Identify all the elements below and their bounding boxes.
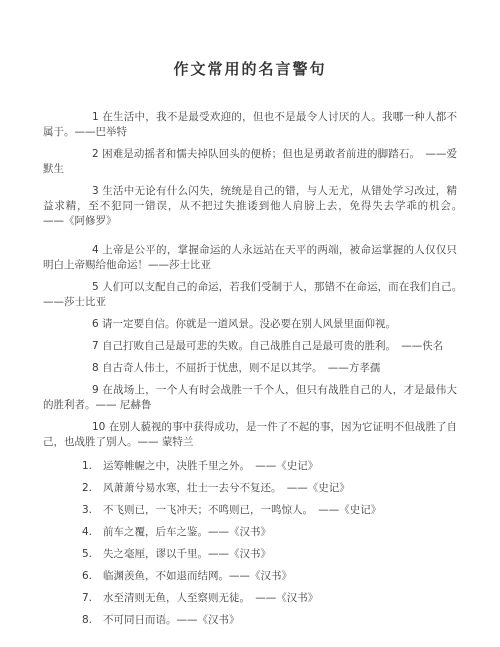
quote-paragraph-8: 8 自古奇人伟士，不屈折于忧患，则不足以其学。 ——方孝孺	[43, 361, 457, 376]
list-item-number: 4.	[82, 525, 103, 540]
list-item-number: 2.	[82, 481, 103, 496]
quote-paragraph-3: 3 生活中无论有什么闪失，统统是自己的错，与人无尤，从错处学习改过，精益求精，至…	[43, 184, 457, 229]
list-item-text: 失之毫厘，谬以千里。——《汉书》	[103, 547, 457, 562]
quote-paragraph-7: 7 自己打败自己是最可悲的失败。自己战胜自己是最可贵的胜利。 ——佚名	[43, 339, 457, 354]
document-page: 作文常用的名言警句 1 在生活中，我不是最受欢迎的，但也不是最令人讨厌的人。我哪…	[0, 0, 500, 647]
list-item-number: 3.	[82, 503, 103, 518]
list-item: 2. 风萧萧兮易水寒，壮士一去兮不复还。 ——《史记》	[82, 481, 457, 503]
list-item: 1. 运筹帷幄之中，决胜千里之外。 ——《史记》	[82, 459, 457, 481]
list-item-number: 6.	[82, 569, 103, 584]
list-item: 3. 不飞则已，一飞冲天；不鸣则已，一鸣惊人。 ——《史记》	[82, 503, 457, 525]
quote-paragraph-6: 6 请一定要自信。你就是一道风景。没必要在别人风景里面仰视。	[43, 317, 457, 332]
list-item-text: 不可同日而语。——《汉书》	[103, 613, 457, 628]
list-item-number: 8.	[82, 613, 103, 628]
quote-paragraph-10: 10 在别人藐视的事中获得成功，是一件了不起的事，因为它证明不但战胜了自己，也战…	[43, 420, 457, 450]
list-item-number: 1.	[82, 459, 103, 474]
list-item: 7. 水至清则无鱼，人至察则无徒。 ——《汉书》	[82, 591, 457, 613]
page-title: 作文常用的名言警句	[0, 0, 500, 79]
list-item-text: 不飞则已，一飞冲天；不鸣则已，一鸣惊人。 ——《史记》	[103, 503, 457, 518]
list-item-text: 前车之覆，后车之鉴。——《汉书》	[103, 525, 457, 540]
list-item: 5. 失之毫厘，谬以千里。——《汉书》	[82, 547, 457, 569]
quote-paragraph-2: 2 困难是动摇者和懦夫掉队回头的便桥；但也是勇敢者前进的脚踏石。 ——爱默生	[43, 147, 457, 177]
list-item: 4. 前车之覆，后车之鉴。——《汉书》	[82, 525, 457, 547]
list-item-text: 运筹帷幄之中，决胜千里之外。 ——《史记》	[103, 459, 457, 474]
list-item-number: 5.	[82, 547, 103, 562]
quote-paragraph-1: 1 在生活中，我不是最受欢迎的，但也不是最令人讨厌的人。我哪一种人都不属于。——…	[43, 110, 457, 140]
document-body: 1 在生活中，我不是最受欢迎的，但也不是最令人讨厌的人。我哪一种人都不属于。——…	[43, 110, 457, 635]
list-item-number: 7.	[82, 591, 103, 606]
list-item-text: 临渊羡鱼，不如退而结网。——《汉书》	[103, 569, 457, 584]
quote-paragraph-5: 5 人们可以支配自己的命运，若我们受制于人，那错不在命运，而在我们自己。 ——莎…	[43, 280, 457, 310]
list-item: 6. 临渊羡鱼，不如退而结网。——《汉书》	[82, 569, 457, 591]
quote-paragraph-9: 9 在战场上，一个人有时会战胜一千个人，但只有战胜自己的人，才是最伟大的胜利者。…	[43, 383, 457, 413]
quote-paragraph-4: 4 上帝是公平的，掌握命运的人永远站在天平的两端，被命运掌握的人仅仅只明白上帝赐…	[43, 243, 457, 273]
list-item-text: 水至清则无鱼，人至察则无徒。 ——《汉书》	[103, 591, 457, 606]
list-item-text: 风萧萧兮易水寒，壮士一去兮不复还。 ——《史记》	[103, 481, 457, 496]
classics-list: 1. 运筹帷幄之中，决胜千里之外。 ——《史记》 2. 风萧萧兮易水寒，壮士一去…	[43, 459, 457, 635]
list-item: 8. 不可同日而语。——《汉书》	[82, 613, 457, 635]
